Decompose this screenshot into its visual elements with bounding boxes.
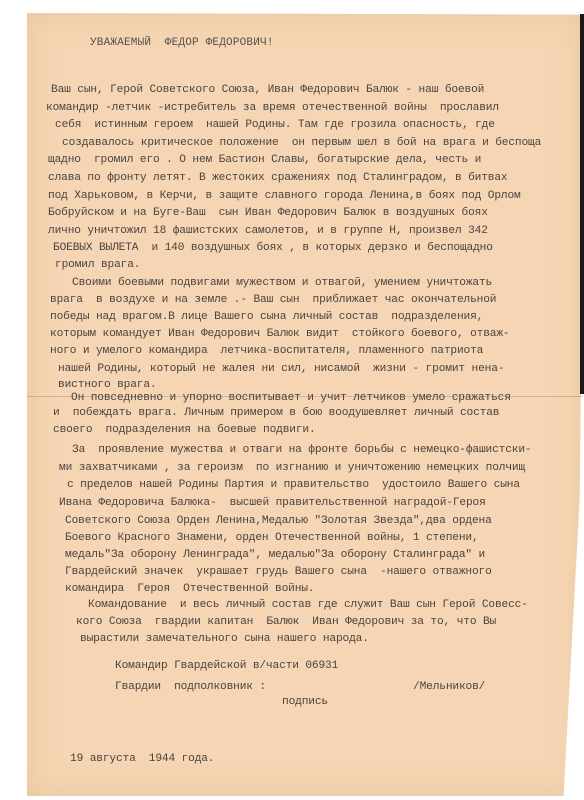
text-line: командир -летчик -истребитель за время о… xyxy=(46,101,499,115)
text-line: Он повседневно и упорно воспитывает и уч… xyxy=(71,391,511,405)
text-line: командира Героя Отечественной войны. xyxy=(65,582,314,596)
letter-date: 19 августа 1944 года. xyxy=(70,752,214,766)
text-line: врага в воздухе и на земле .- Ваш сын пр… xyxy=(50,293,496,307)
text-line: Бобруйском и на Буге-Ваш сын Иван Федоро… xyxy=(48,206,488,220)
letter-document: УВАЖАЕМЫЙ ФЕДОР ФЕДОРОВИЧ! Ваш сын, Геро… xyxy=(0,0,584,800)
text-line: Ваш сын, Герой Советского Союза, Иван Фе… xyxy=(51,83,484,97)
text-line: щадно громил его . О нем Бастион Славы, … xyxy=(48,153,481,167)
text-line: лично уничтожил 18 фашистских самолетов,… xyxy=(48,224,488,238)
text-line: ного и умелого командира летчика-воспита… xyxy=(50,344,483,358)
text-line: медаль"За оборону Ленинграда", медалью"З… xyxy=(65,548,485,562)
text-line: БОЕВЫХ ВЫЛЕТА и 140 воздушных боях , в к… xyxy=(53,241,493,255)
text-line: своего подразделения на боевые подвиги. xyxy=(53,423,316,437)
text-line: вырастили замечательного сына нашего нар… xyxy=(80,632,369,646)
text-line: ми захватчиками , за героизм по изгнанию… xyxy=(59,461,525,475)
text-line: Гвардейский значек украшает грудь Вашего… xyxy=(65,565,492,579)
text-line: с пределов нашей Родины Партия и правите… xyxy=(67,478,520,492)
text-line: Ивана Федоровича Балюка- высшей правител… xyxy=(59,496,486,510)
text-line: себя истинным героем нашей Родины. Там г… xyxy=(55,118,495,132)
salutation: УВАЖАЕМЫЙ ФЕДОР ФЕДОРОВИЧ! xyxy=(90,36,274,50)
text-line: и побеждать врага. Личным примером в бою… xyxy=(53,406,499,420)
text-line: кого Союза гвардии капитан Балюк Иван Фе… xyxy=(76,615,496,629)
text-line: Командование и весь личный состав где сл… xyxy=(88,598,528,612)
text-line: Советского Союза Орден Ленина,Медалью "З… xyxy=(65,514,492,528)
text-line: победы над врагом.В лице Вашего сына лич… xyxy=(50,310,483,324)
text-line: нашей Родины, который не жалея ни сил, н… xyxy=(58,362,504,376)
text-line: Своими боевыми подвигами мужеством и отв… xyxy=(72,276,492,290)
text-line: слава по фронту летят. В жестоких сражен… xyxy=(48,171,507,185)
signatory-position: Командир Гвардейской в/части 06931 xyxy=(115,659,338,673)
signature-label: подпись xyxy=(282,695,328,709)
text-line: Боевого Красного Знамени, орден Отечеств… xyxy=(65,531,479,545)
text-line: создавалось критическое положение он пер… xyxy=(62,136,541,150)
signatory-rank: Гвардии подполковник : xyxy=(115,680,266,694)
text-line: под Харьковом, в Керчи, в защите славног… xyxy=(48,189,521,203)
signatory-name: /Мельников/ xyxy=(413,680,485,694)
text-line: которым командует Иван Федорович Балюк в… xyxy=(50,327,509,341)
text-line: За проявление мужества и отваги на фронт… xyxy=(72,443,531,457)
text-line: громил врага. xyxy=(55,258,140,272)
text-line: вистного врага. xyxy=(58,378,156,392)
